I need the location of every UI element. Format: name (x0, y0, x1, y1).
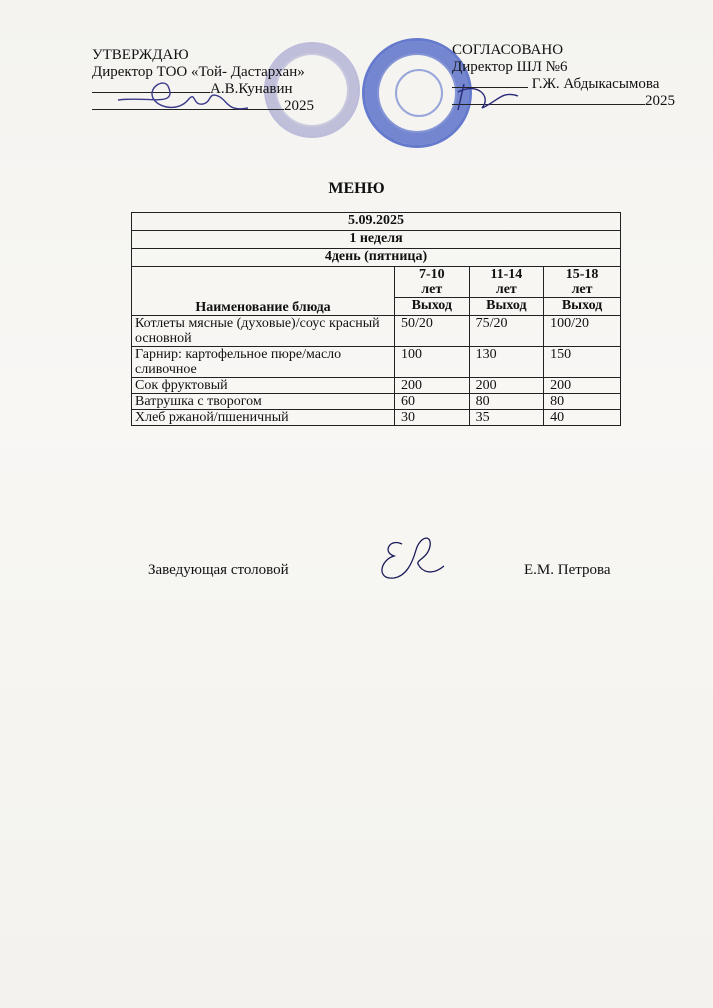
signature-kunavin (108, 78, 258, 118)
age-group-15-18: 15-18лет (544, 267, 621, 298)
portion-value: 200 (395, 378, 470, 394)
portion-value: 100/20 (544, 316, 621, 347)
portion-value: 50/20 (395, 316, 470, 347)
dish-name: Ватрушка с творогом (132, 394, 395, 410)
table-row: Хлеб ржаной/пшеничный 30 35 40 (132, 410, 621, 426)
portion-value: 200 (544, 378, 621, 394)
dish-name: Хлеб ржаной/пшеничный (132, 410, 395, 426)
table-row: Ватрушка с творогом 60 80 80 (132, 394, 621, 410)
agreement-position: Директор ШЛ №6 (452, 59, 692, 76)
age-group-7-10: 7-10лет (395, 267, 470, 298)
dish-name: Сок фруктовый (132, 378, 395, 394)
portion-value: 130 (469, 347, 544, 378)
menu-day: 4день (пятница) (132, 249, 621, 267)
portion-value: 150 (544, 347, 621, 378)
output-header: Выход (544, 298, 621, 316)
footer-position: Заведующая столовой (148, 562, 289, 578)
menu-week: 1 неделя (132, 231, 621, 249)
age-group-11-14: 11-14лет (469, 267, 544, 298)
agreement-name: Г.Ж. Абдыкасымова (532, 76, 660, 92)
signature-abdykasymova (452, 80, 522, 116)
portion-value: 80 (544, 394, 621, 410)
menu-table: 5.09.2025 1 неделя 4день (пятница) Наиме… (131, 212, 621, 426)
footer-name: Е.М. Петрова (524, 562, 611, 579)
dish-column-header: Наименование блюда (132, 267, 395, 316)
document-title: МЕНЮ (0, 180, 713, 198)
menu-date: 5.09.2025 (132, 213, 621, 231)
portion-value: 35 (469, 410, 544, 426)
table-row: Гарнир: картофельное пюре/масло сливочно… (132, 347, 621, 378)
portion-value: 75/20 (469, 316, 544, 347)
output-header: Выход (469, 298, 544, 316)
portion-value: 60 (395, 394, 470, 410)
portion-value: 30 (395, 410, 470, 426)
emblem-icon (395, 69, 443, 117)
signature-petrova (372, 530, 452, 590)
output-header: Выход (395, 298, 470, 316)
table-row: Котлеты мясные (духовые)/соус красный ос… (132, 316, 621, 347)
table-row: Сок фруктовый 200 200 200 (132, 378, 621, 394)
agreement-year: 2025 (645, 93, 675, 109)
portion-value: 200 (469, 378, 544, 394)
portion-value: 80 (469, 394, 544, 410)
portion-value: 100 (395, 347, 470, 378)
agreement-heading: СОГЛАСОВАНО (452, 42, 692, 59)
dish-name: Котлеты мясные (духовые)/соус красный ос… (132, 316, 395, 347)
portion-value: 40 (544, 410, 621, 426)
dish-name: Гарнир: картофельное пюре/масло сливочно… (132, 347, 395, 378)
paper-background (0, 0, 713, 1008)
approval-year: 2025 (284, 98, 314, 114)
approval-heading: УТВЕРЖДАЮ (92, 47, 342, 64)
